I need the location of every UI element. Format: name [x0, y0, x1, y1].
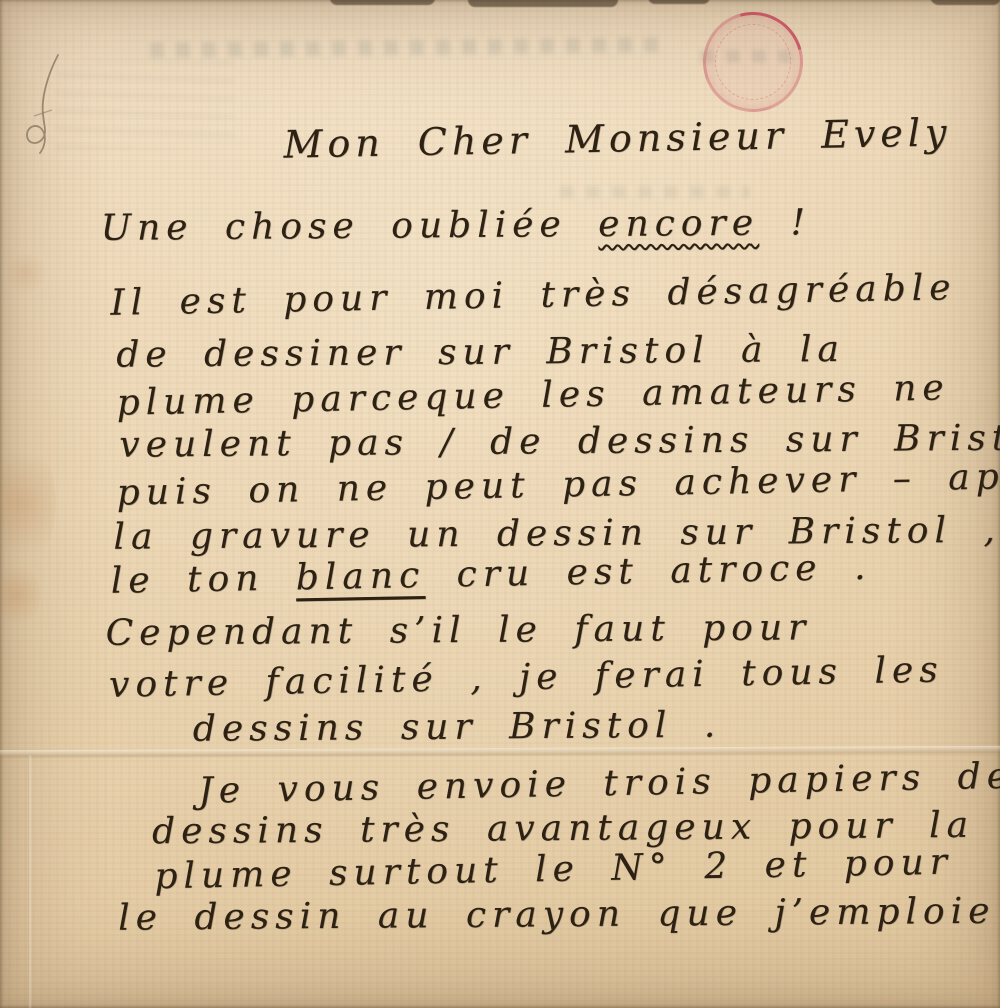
letter-text: Je vous envoie trois papiers de [198, 756, 1000, 812]
letter-line: votre facilité , je ferai tous les [109, 649, 944, 705]
letter-text: Mon Cher Monsieur Evely [283, 110, 952, 166]
letter-line: Il est pour moi très désagréable [110, 267, 957, 324]
salutation-line: Mon Cher Monsieur Evely [283, 110, 952, 166]
letter-text: le dessin au crayon que j’emploie [118, 891, 996, 939]
letter-text: dessins sur Bristol . [193, 705, 722, 750]
letter-text: Il est pour moi très désagréable [110, 267, 957, 324]
letter-text: plume parceque les amateurs ne [116, 367, 950, 423]
letter-line: Cependant s’il le faut pour [105, 607, 811, 654]
letter-text: de dessiner sur Bristol à la [116, 329, 845, 376]
letter-text: cru est atroce . [425, 547, 872, 596]
letter-line: de dessiner sur Bristol à la [116, 329, 845, 376]
letter-body: Mon Cher Monsieur EvelyUne chose oubliée… [0, 0, 1000, 1008]
letter-text: le ton [110, 557, 296, 601]
letter-text: ! [759, 202, 811, 243]
letter-text: Cependant s’il le faut pour [105, 607, 811, 654]
letter-text: Une chose oubliée [101, 204, 599, 249]
scanned-letter-image: Mon Cher Monsieur EvelyUne chose oubliée… [0, 0, 1000, 1008]
letter-line: le dessin au crayon que j’emploie [118, 891, 996, 939]
letter-text: votre facilité , je ferai tous les [109, 649, 944, 705]
letter-line: Je vous envoie trois papiers de [198, 756, 1000, 812]
letter-line: plume parceque les amateurs ne [116, 367, 950, 423]
letter-line: dessins sur Bristol . [193, 705, 722, 750]
letter-page: Mon Cher Monsieur EvelyUne chose oubliée… [0, 0, 1000, 1008]
underlined-word: blanc [295, 555, 425, 598]
letter-line: Une chose oubliée encore ! [101, 202, 812, 249]
underlined-word: encore [598, 203, 759, 245]
